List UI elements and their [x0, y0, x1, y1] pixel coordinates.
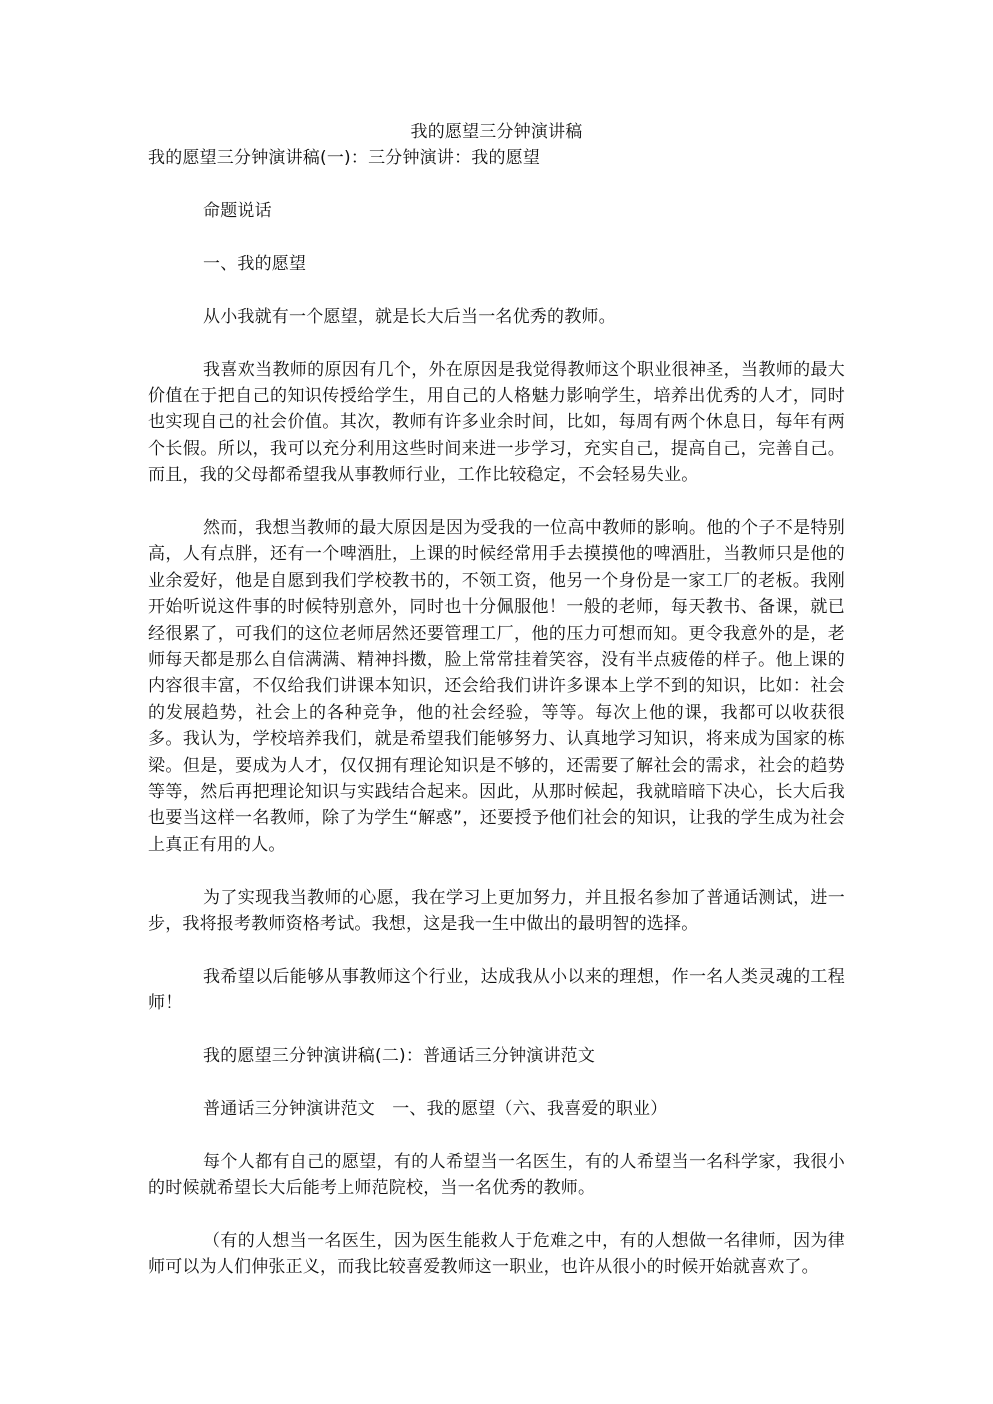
- paragraph: 为了实现我当教师的心愿，我在学习上更加努力，并且报名参加了普通话测试，进一步，我…: [148, 885, 845, 938]
- document-page: 我的愿望三分钟演讲稿 我的愿望三分钟演讲稿(一)：三分钟演讲：我的愿望 命题说话…: [148, 119, 845, 1281]
- section-1-subheading-topic: 命题说话: [148, 198, 845, 224]
- paragraph: 每个人都有自己的愿望，有的人希望当一名医生，有的人希望当一名科学家，我很小的时候…: [148, 1149, 845, 1202]
- paragraph: 然而，我想当教师的最大原因是因为受我的一位高中教师的影响。他的个子不是特别高，人…: [148, 515, 845, 858]
- paragraph: 从小我就有一个愿望，就是长大后当一名优秀的教师。: [148, 304, 845, 330]
- spacer: [148, 1069, 845, 1095]
- document-title: 我的愿望三分钟演讲稿: [148, 119, 845, 145]
- spacer: [148, 330, 845, 356]
- spacer: [148, 277, 845, 303]
- section-1-heading: 我的愿望三分钟演讲稿(一)：三分钟演讲：我的愿望: [148, 145, 845, 171]
- section-1-subheading-title: 一、我的愿望: [148, 251, 845, 277]
- paragraph: 我希望以后能够从事教师这个行业，达成我从小以来的理想，作一名人类灵魂的工程师！: [148, 964, 845, 1017]
- spacer: [148, 858, 845, 884]
- paragraph: 我喜欢当教师的原因有几个，外在原因是我觉得教师这个职业很神圣，当教师的最大价值在…: [148, 357, 845, 489]
- spacer: [148, 172, 845, 198]
- section-2-subheading: 普通话三分钟演讲范文 一、我的愿望（六、我喜爱的职业）: [148, 1096, 845, 1122]
- spacer: [148, 225, 845, 251]
- spacer: [148, 937, 845, 963]
- spacer: [148, 1122, 845, 1148]
- spacer: [148, 1201, 845, 1227]
- spacer: [148, 1017, 845, 1043]
- section-2-heading: 我的愿望三分钟演讲稿(二)：普通话三分钟演讲范文: [148, 1043, 845, 1069]
- paragraph: （有的人想当一名医生，因为医生能救人于危难之中，有的人想做一名律师，因为律师可以…: [148, 1228, 845, 1281]
- spacer: [148, 489, 845, 515]
